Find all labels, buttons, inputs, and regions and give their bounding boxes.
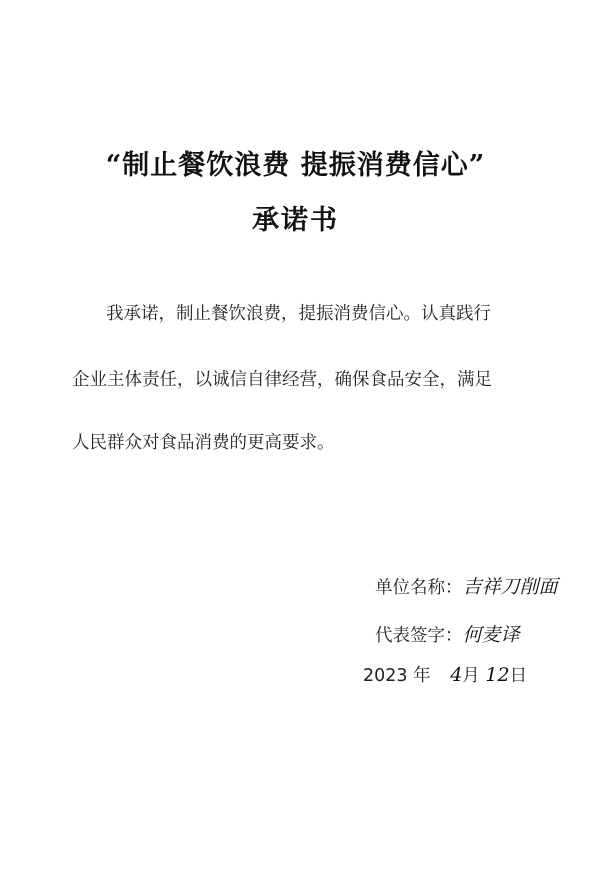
date-year: 2023 — [363, 666, 408, 686]
unit-name-label: 单位名称： — [375, 578, 463, 598]
representative-signature: 何麦译 — [463, 624, 520, 646]
representative-row: 代表签字：何麦译 — [375, 620, 520, 647]
unit-name-handwritten: 吉祥刀削面 — [463, 576, 558, 598]
date-day-label: 日 — [510, 666, 528, 686]
date-day: 12 — [485, 664, 509, 686]
body-line-1: 我承诺，制止餐饮浪费，提振消费信心。认真践行 — [106, 304, 566, 324]
date-month: 4 — [450, 664, 462, 686]
date-year-label: 年 — [413, 666, 431, 686]
document-title: “制止餐饮浪费 提振消费信心” — [0, 143, 591, 182]
date-month-label: 月 — [462, 666, 480, 686]
body-line-2: 企业主体责任，以诚信自律经营，确保食品安全，满足 — [72, 370, 532, 390]
date-row: 2023 年 4月 12日 — [363, 662, 527, 687]
body-line-3: 人民群众对食品消费的更高要求。 — [72, 433, 532, 453]
unit-name-row: 单位名称：吉祥刀削面 — [375, 572, 558, 599]
representative-label: 代表签字： — [375, 626, 463, 646]
document-subtitle: 承诺书 — [0, 198, 591, 237]
